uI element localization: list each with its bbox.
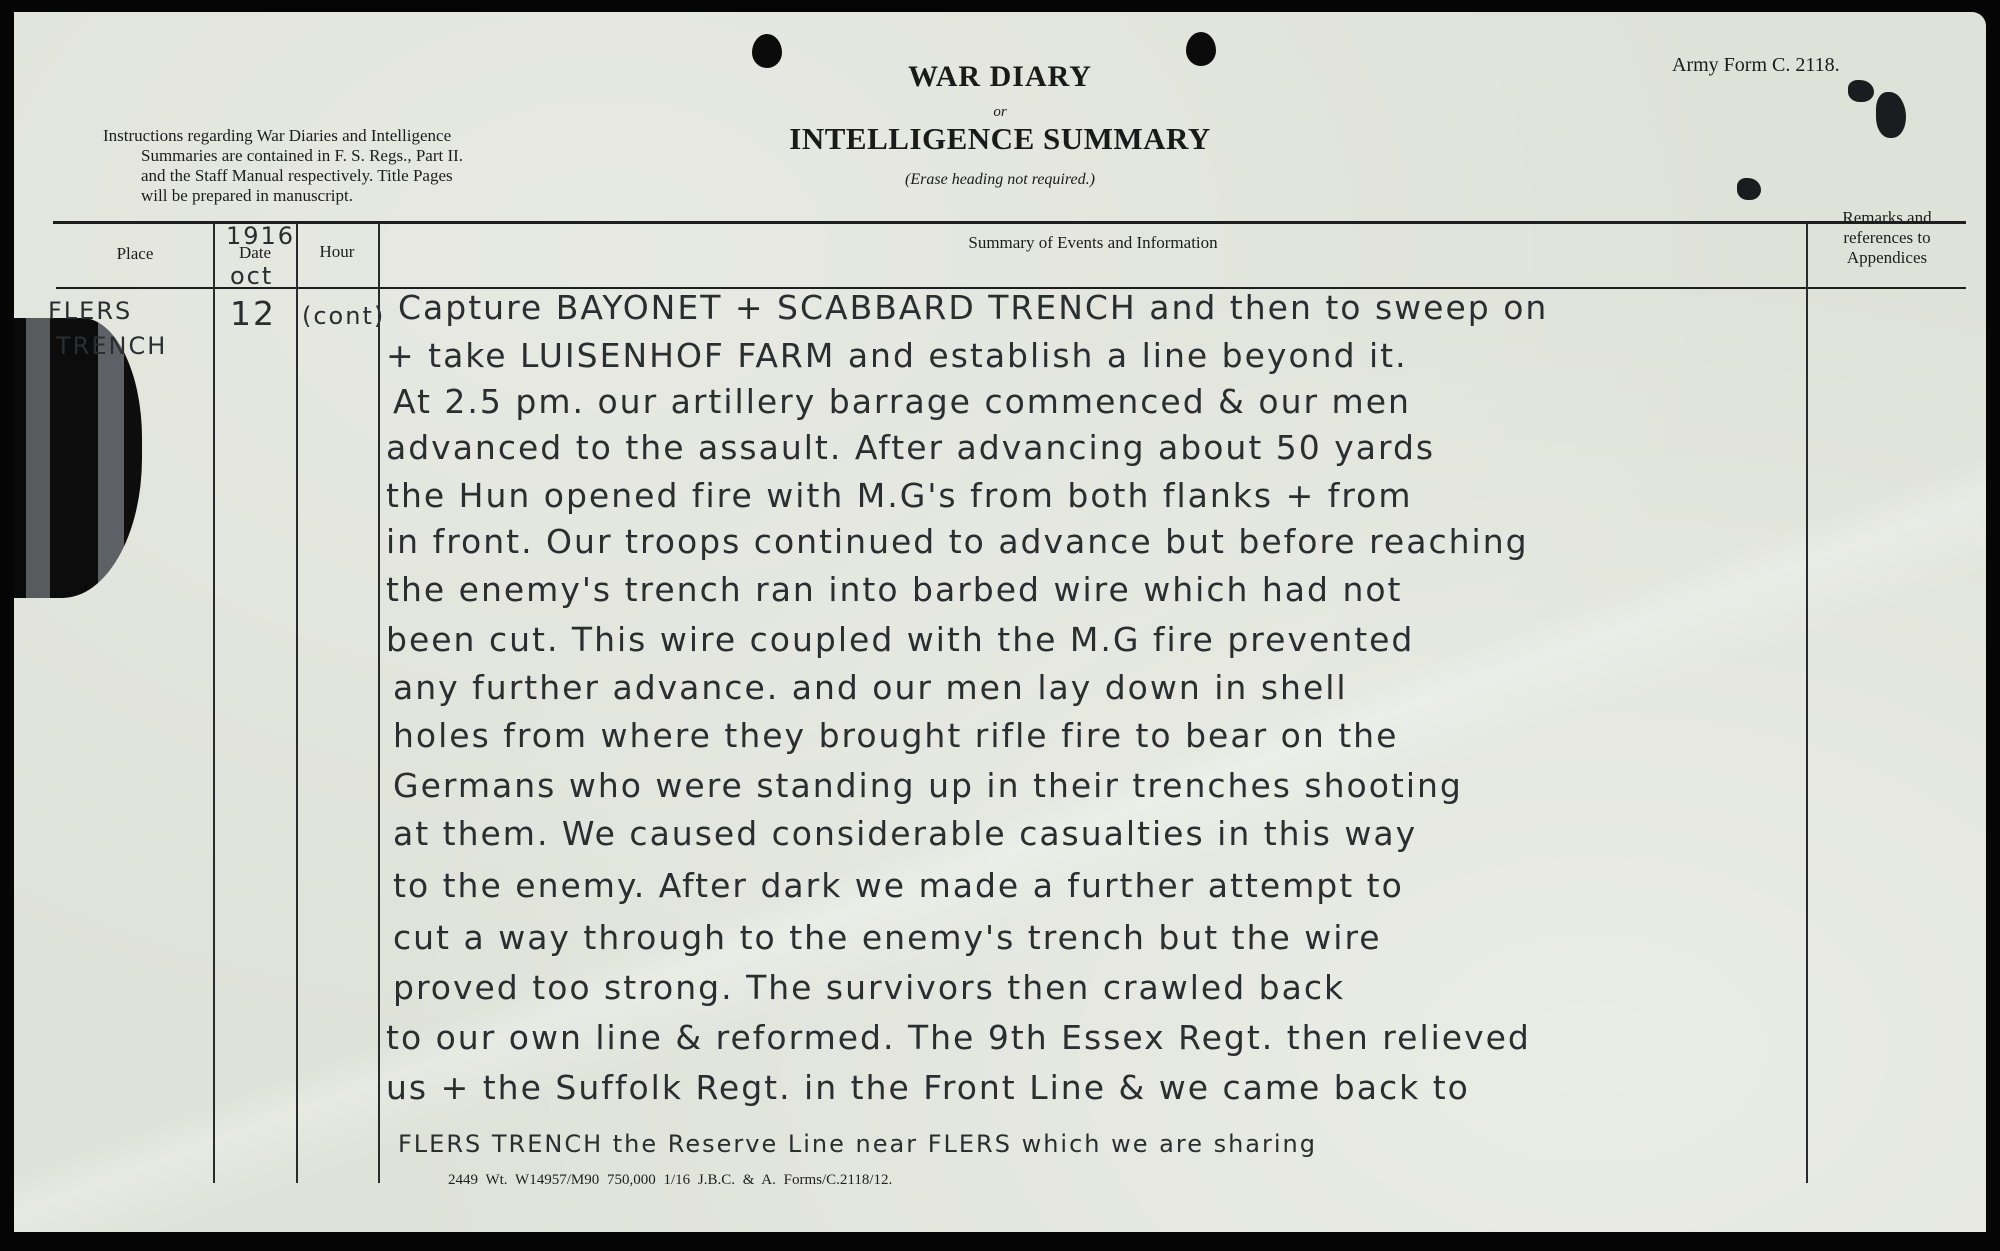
summary-line: Germans who were standing up in their tr…	[393, 766, 1463, 805]
summary-line: proved too strong. The survivors then cr…	[393, 968, 1345, 1007]
summary-line: the Hun opened fire with M.G's from both…	[386, 476, 1413, 515]
remarks-header-line: references to	[1808, 228, 1966, 248]
summary-line: us + the Suffolk Regt. in the Front Line…	[386, 1068, 1470, 1107]
entry-date: 12	[230, 294, 276, 333]
remarks-header-line: Remarks and	[1808, 208, 1966, 228]
summary-line: FLERS TRENCH the Reserve Line near FLERS…	[398, 1130, 1317, 1158]
entry-place-line: FLERS	[48, 297, 132, 325]
instructions-line: will be prepared in manuscript.	[103, 186, 549, 206]
summary-line: + take LUISENHOF FARM and establish a li…	[386, 336, 1408, 375]
column-divider-place-date	[213, 223, 215, 1183]
column-header-hour: Hour	[297, 242, 377, 262]
summary-line: any further advance. and our men lay dow…	[393, 668, 1348, 707]
remarks-header-line: Appendices	[1808, 248, 1966, 268]
summary-line: been cut. This wire coupled with the M.G…	[386, 620, 1414, 659]
date-annotation-year: 1916	[226, 222, 295, 250]
column-divider-summary-remarks	[1806, 223, 1808, 1183]
date-annotation-month: oct	[230, 262, 273, 290]
summary-line: advanced to the assault. After advancing…	[386, 428, 1435, 467]
column-divider-hour-summary	[378, 223, 380, 1183]
summary-line: to the enemy. After dark we made a furth…	[393, 866, 1404, 905]
column-header-place: Place	[60, 244, 210, 264]
army-form-number: Army Form C. 2118.	[1672, 54, 1840, 77]
title-or: or	[0, 104, 2000, 121]
summary-line: the enemy's trench ran into barbed wire …	[386, 570, 1403, 609]
entry-hour: (cont)	[302, 302, 385, 330]
summary-line: in front. Our troops continued to advanc…	[386, 522, 1529, 561]
printer-imprint: 2449 Wt. W14957/M90 750,000 1/16 J.B.C. …	[448, 1172, 892, 1189]
summary-line: holes from where they brought rifle fire…	[393, 716, 1398, 755]
column-header-remarks: Remarks and references to Appendices	[1808, 208, 1966, 268]
title-erase-note: (Erase heading not required.)	[0, 171, 2000, 189]
entry-place-line: TRENCH	[56, 332, 167, 360]
summary-line: cut a way through to the enemy's trench …	[393, 918, 1382, 957]
summary-line: to our own line & reformed. The 9th Esse…	[386, 1018, 1531, 1057]
table-top-rule	[53, 221, 1966, 224]
summary-line: At 2.5 pm. our artillery barrage commenc…	[393, 382, 1411, 421]
summary-line: Capture BAYONET + SCABBARD TRENCH and th…	[398, 288, 1548, 327]
column-divider-date-hour	[296, 223, 298, 1183]
title-intelligence-summary: INTELLIGENCE SUMMARY	[0, 121, 2000, 157]
column-header-summary: Summary of Events and Information	[380, 233, 1806, 253]
summary-line: at them. We caused considerable casualti…	[393, 814, 1417, 853]
